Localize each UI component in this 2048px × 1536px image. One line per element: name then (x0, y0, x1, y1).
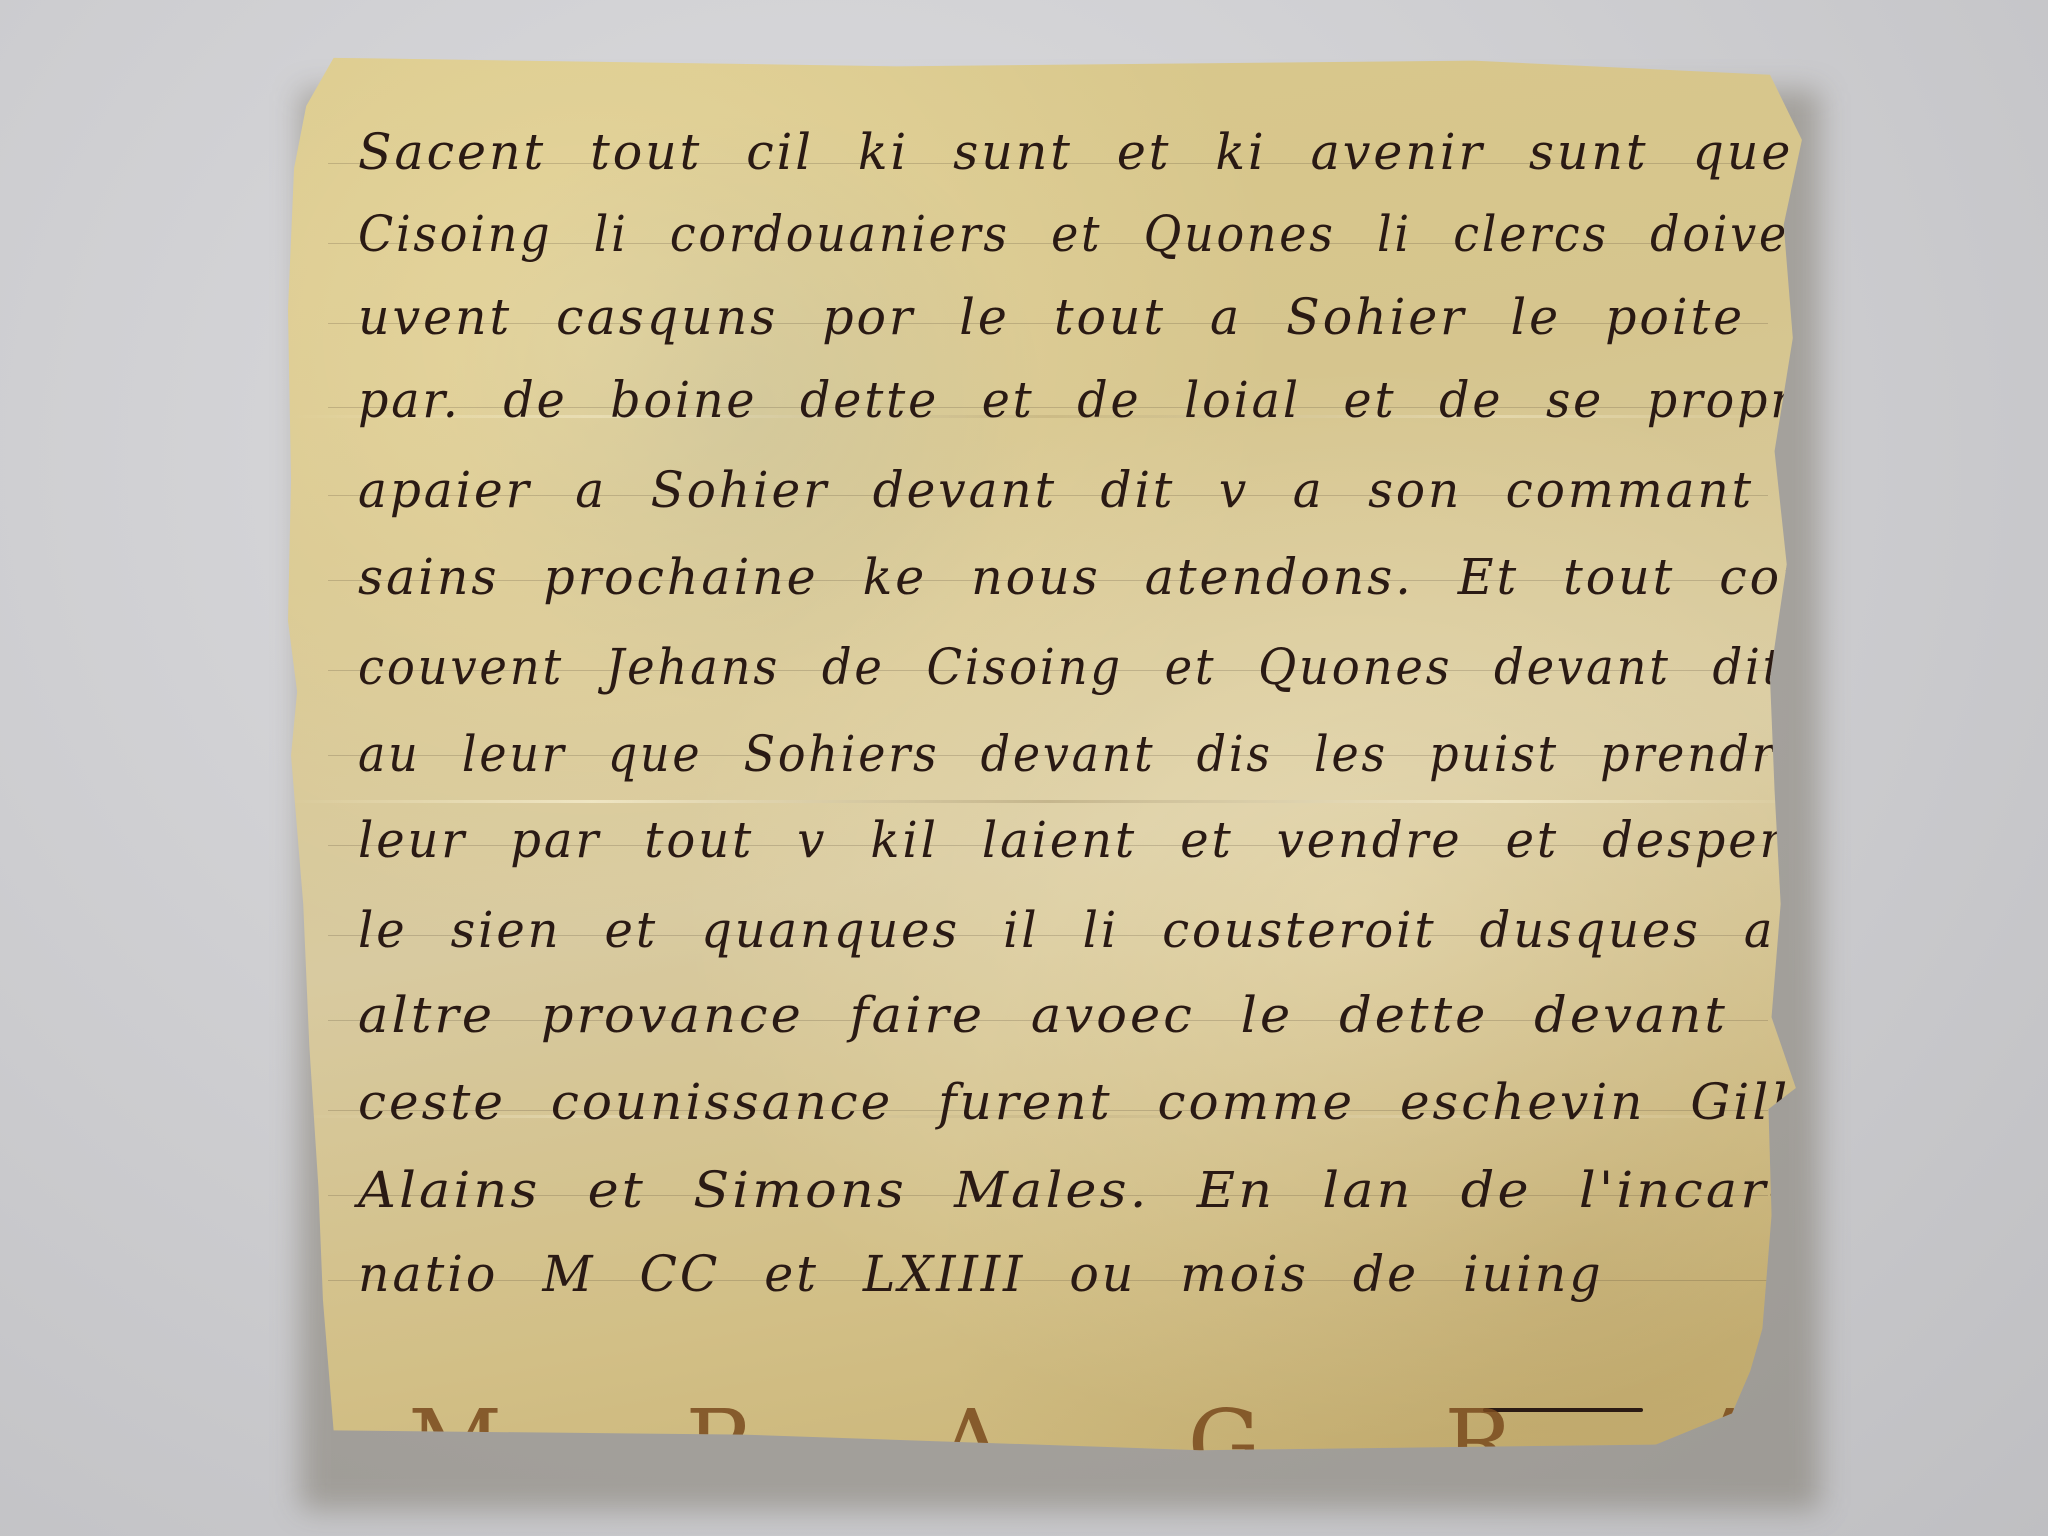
text-line: natio M CC et LXIIII ou mois de iuing (358, 1245, 1604, 1303)
parchment-charter: Sacent tout cil ki sunt et ki avenir sun… (288, 55, 1808, 1470)
text-line: Alains et Simons Males. En lan de l'inca… (358, 1161, 1789, 1219)
fold-crease (288, 800, 1808, 803)
text-line: altre provance faire avoec le dette deva… (358, 986, 1991, 1044)
text-line: Sacent tout cil ki sunt et ki avenir sun… (358, 123, 2048, 181)
text-line: ceste counissance furent comme eschevin … (358, 1073, 1934, 1131)
